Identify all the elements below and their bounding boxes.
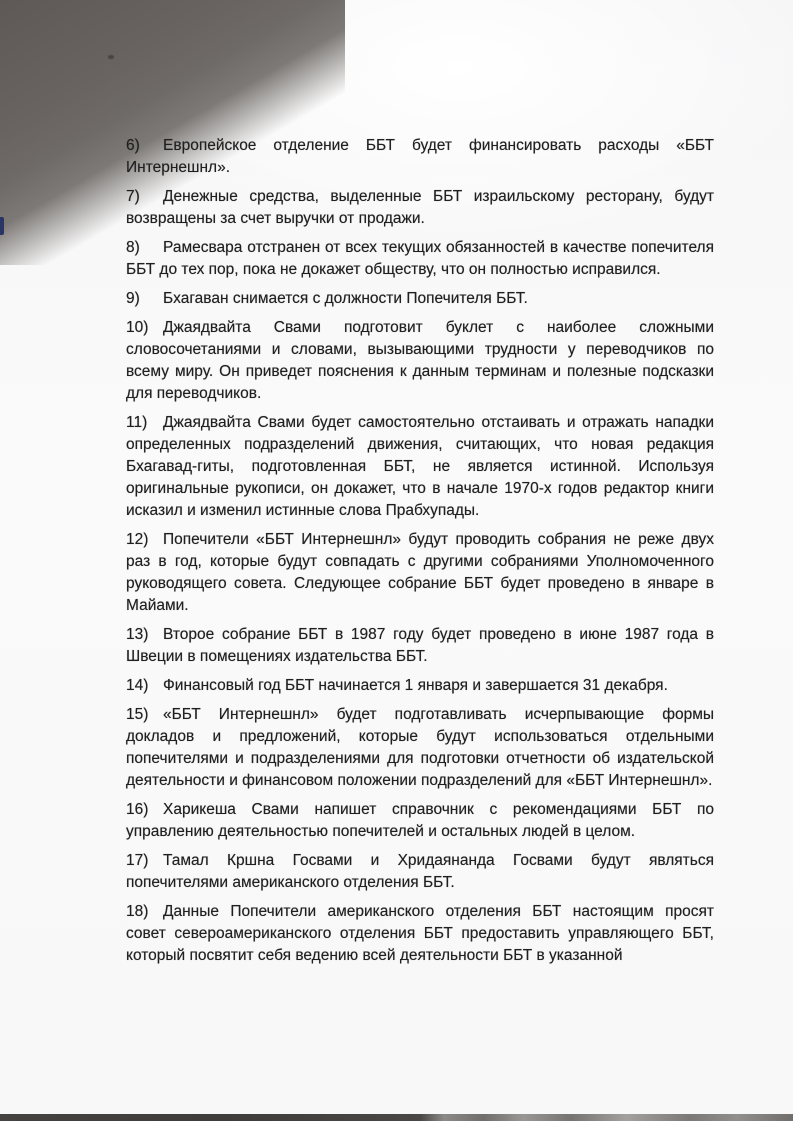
item-number: 9) (126, 288, 163, 310)
item-text: Рамесвара отстранен от всех текущих обяз… (126, 239, 714, 278)
item-number: 10) (126, 317, 163, 339)
item-number: 12) (126, 529, 163, 551)
list-item: 16)Харикеша Свами напишет справочник с р… (126, 799, 714, 843)
item-text: Европейское отделение ББТ будет финансир… (126, 137, 714, 176)
item-text: Данные Попечители американского отделени… (126, 903, 714, 964)
item-text: Тамал Кршна Госвами и Хридаянанда Госвам… (126, 852, 714, 891)
item-number: 8) (126, 237, 163, 259)
item-number: 6) (126, 135, 163, 157)
list-item: 8)Рамесвара отстранен от всех текущих об… (126, 237, 714, 281)
document-list: 6)Европейское отделение ББТ будет финанс… (126, 135, 714, 967)
item-number: 11) (126, 412, 163, 434)
pen-mark (0, 217, 4, 235)
item-number: 18) (126, 901, 163, 923)
item-text: Джаядвайта Свами будет самостоятельно от… (126, 414, 714, 519)
item-text: Харикеша Свами напишет справочник с реко… (126, 801, 714, 840)
item-number: 13) (126, 624, 163, 646)
list-item: 7)Денежные средства, выделенные ББТ изра… (126, 186, 714, 230)
list-item: 9)Бхагаван снимается с должности Попечит… (126, 288, 714, 310)
item-number: 14) (126, 675, 163, 697)
list-item: 12)Попечители «ББТ Интернешнл» будут про… (126, 529, 714, 617)
list-item: 13)Второе собрание ББТ в 1987 году будет… (126, 624, 714, 668)
scanner-edge-line (0, 1114, 793, 1121)
document-text: 6)Европейское отделение ББТ будет финанс… (126, 135, 714, 974)
item-text: Попечители «ББТ Интернешнл» будут провод… (126, 531, 714, 614)
item-text: Бхагаван снимается с должности Попечител… (163, 290, 528, 307)
item-number: 16) (126, 799, 163, 821)
list-item: 15)«ББТ Интернешнл» будет подготавливать… (126, 704, 714, 792)
list-item: 10)Джаядвайта Свами подготовит буклет с … (126, 317, 714, 405)
item-number: 15) (126, 704, 163, 726)
item-text: Джаядвайта Свами подготовит буклет с наи… (126, 319, 714, 402)
item-text: Денежные средства, выделенные ББТ израил… (126, 188, 714, 227)
list-item: 18)Данные Попечители американского отдел… (126, 901, 714, 967)
ink-speck (108, 55, 114, 59)
list-item: 11)Джаядвайта Свами будет самостоятельно… (126, 412, 714, 522)
item-number: 17) (126, 850, 163, 872)
list-item: 17)Тамал Кршна Госвами и Хридаянанда Гос… (126, 850, 714, 894)
list-item: 6)Европейское отделение ББТ будет финанс… (126, 135, 714, 179)
item-text: «ББТ Интернешнл» будет подготавливать ис… (126, 706, 714, 789)
list-item: 14)Финансовый год ББТ начинается 1 январ… (126, 675, 714, 697)
item-text: Финансовый год ББТ начинается 1 января и… (163, 677, 668, 694)
item-number: 7) (126, 186, 163, 208)
item-text: Второе собрание ББТ в 1987 году будет пр… (126, 626, 714, 665)
